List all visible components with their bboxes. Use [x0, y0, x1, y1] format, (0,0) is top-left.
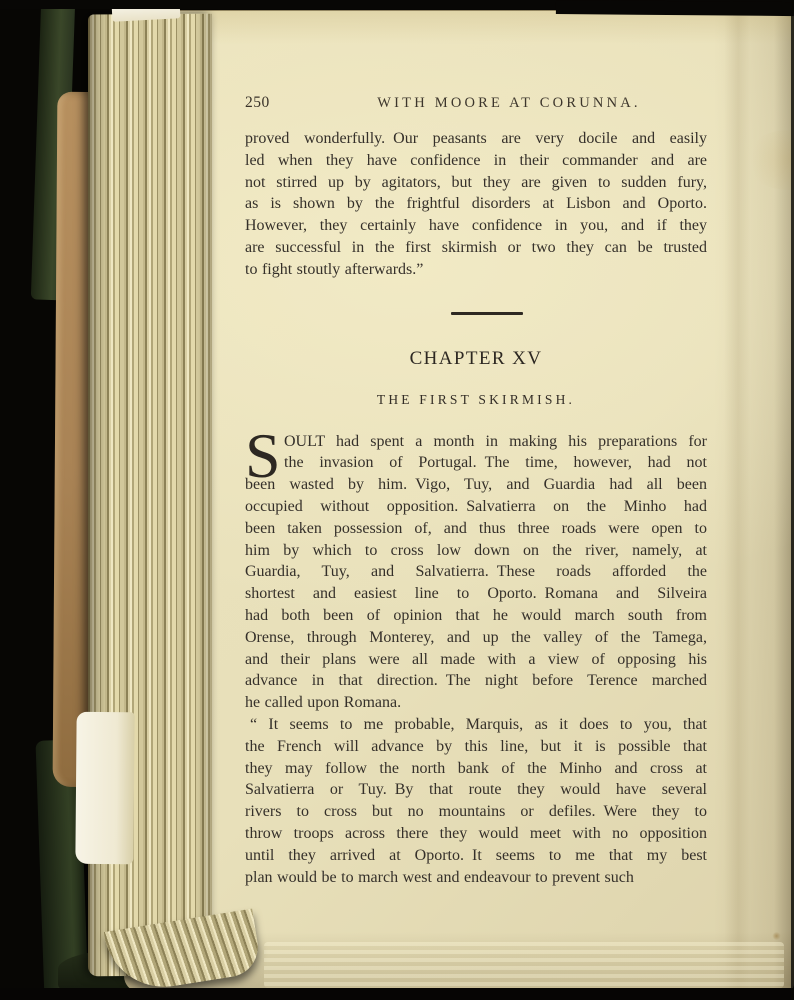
dialogue-paragraph: “ It seems to me probable, Marquis, as i…	[245, 714, 707, 888]
text-line: the French will advance by this line, bu…	[245, 736, 707, 758]
text-line: throw troops across there they would mee…	[245, 823, 707, 845]
chapter-heading: CHAPTER XV	[245, 348, 707, 370]
text-line: and their plans were all made with a vie…	[245, 649, 707, 671]
text-line: plan would be to march west and endeavou…	[245, 867, 707, 889]
text-line: him by which to cross low down on the ri…	[245, 540, 707, 562]
text-line: had both been of opinion that he would m…	[245, 605, 707, 627]
text-line: they may follow the north bank of the Mi…	[245, 758, 707, 780]
text-line: Orense, through Monterey, and up the val…	[245, 627, 707, 649]
text-line: “ It seems to me probable, Marquis, as i…	[245, 714, 707, 736]
text-line: advance in that direction. The night bef…	[245, 670, 707, 692]
text-line: to fight stoutly afterwards.”	[245, 259, 707, 281]
text-line: proved wonderfully. Our peasants are ver…	[245, 128, 707, 150]
text-line: been taken possession of, and thus three…	[245, 518, 707, 540]
page-bottom-edge	[264, 942, 784, 988]
closing-paragraph: proved wonderfully. Our peasants are ver…	[245, 128, 707, 281]
page-content: 250 WITH MOORE AT CORUNNA. proved wonder…	[245, 10, 707, 888]
page-number: 250	[245, 94, 270, 112]
text-line: not stirred up by agitators, but they ar…	[245, 172, 707, 194]
text-line: been wasted by him. Vigo, Tuy, and Guard…	[245, 474, 707, 496]
text-line: led when they have confidence in their c…	[245, 150, 707, 172]
protruding-page-left	[75, 712, 134, 865]
opening-paragraph-text: OULT had spent a month in making his pre…	[245, 431, 707, 714]
text-line: as is shown by the frightful disorders a…	[245, 193, 707, 215]
photo-frame-top-right	[556, 0, 794, 16]
text-line: However, they certainly have confidence …	[245, 215, 707, 237]
text-line: he called upon Romana.	[245, 692, 707, 714]
chapter-subtitle: THE FIRST SKIRMISH.	[245, 392, 707, 408]
scanned-book-photo: 250 WITH MOORE AT CORUNNA. proved wonder…	[0, 0, 794, 1000]
text-line: Salvatierra or Tuy. By that route they w…	[245, 779, 707, 801]
text-line: rivers to cross but no mountains or defi…	[245, 801, 707, 823]
text-line: are successful in the first skirmish or …	[245, 237, 707, 259]
text-line: the invasion of Portugal. The time, howe…	[245, 452, 707, 474]
paper-foxing	[744, 130, 794, 190]
running-title: WITH MOORE AT CORUNNA.	[377, 95, 640, 112]
paper-stain	[772, 932, 781, 940]
text-line: OULT had spent a month in making his pre…	[245, 431, 707, 453]
section-rule	[451, 312, 523, 315]
text-line: until they arrived at Oporto. It seems t…	[245, 845, 707, 867]
drop-cap: S	[245, 431, 284, 474]
text-line: Guardia, Tuy, and Salvatierra. These roa…	[245, 561, 707, 583]
book-page: 250 WITH MOORE AT CORUNNA. proved wonder…	[124, 10, 794, 992]
text-line: occupied without opposition. Salvatierra…	[245, 496, 707, 518]
text-line: shortest and easiest line to Oporto. Rom…	[245, 583, 707, 605]
opening-paragraph: S OULT had spent a month in making his p…	[245, 431, 707, 714]
page-header: 250 WITH MOORE AT CORUNNA.	[245, 94, 707, 114]
photo-frame-bottom	[0, 988, 794, 1000]
